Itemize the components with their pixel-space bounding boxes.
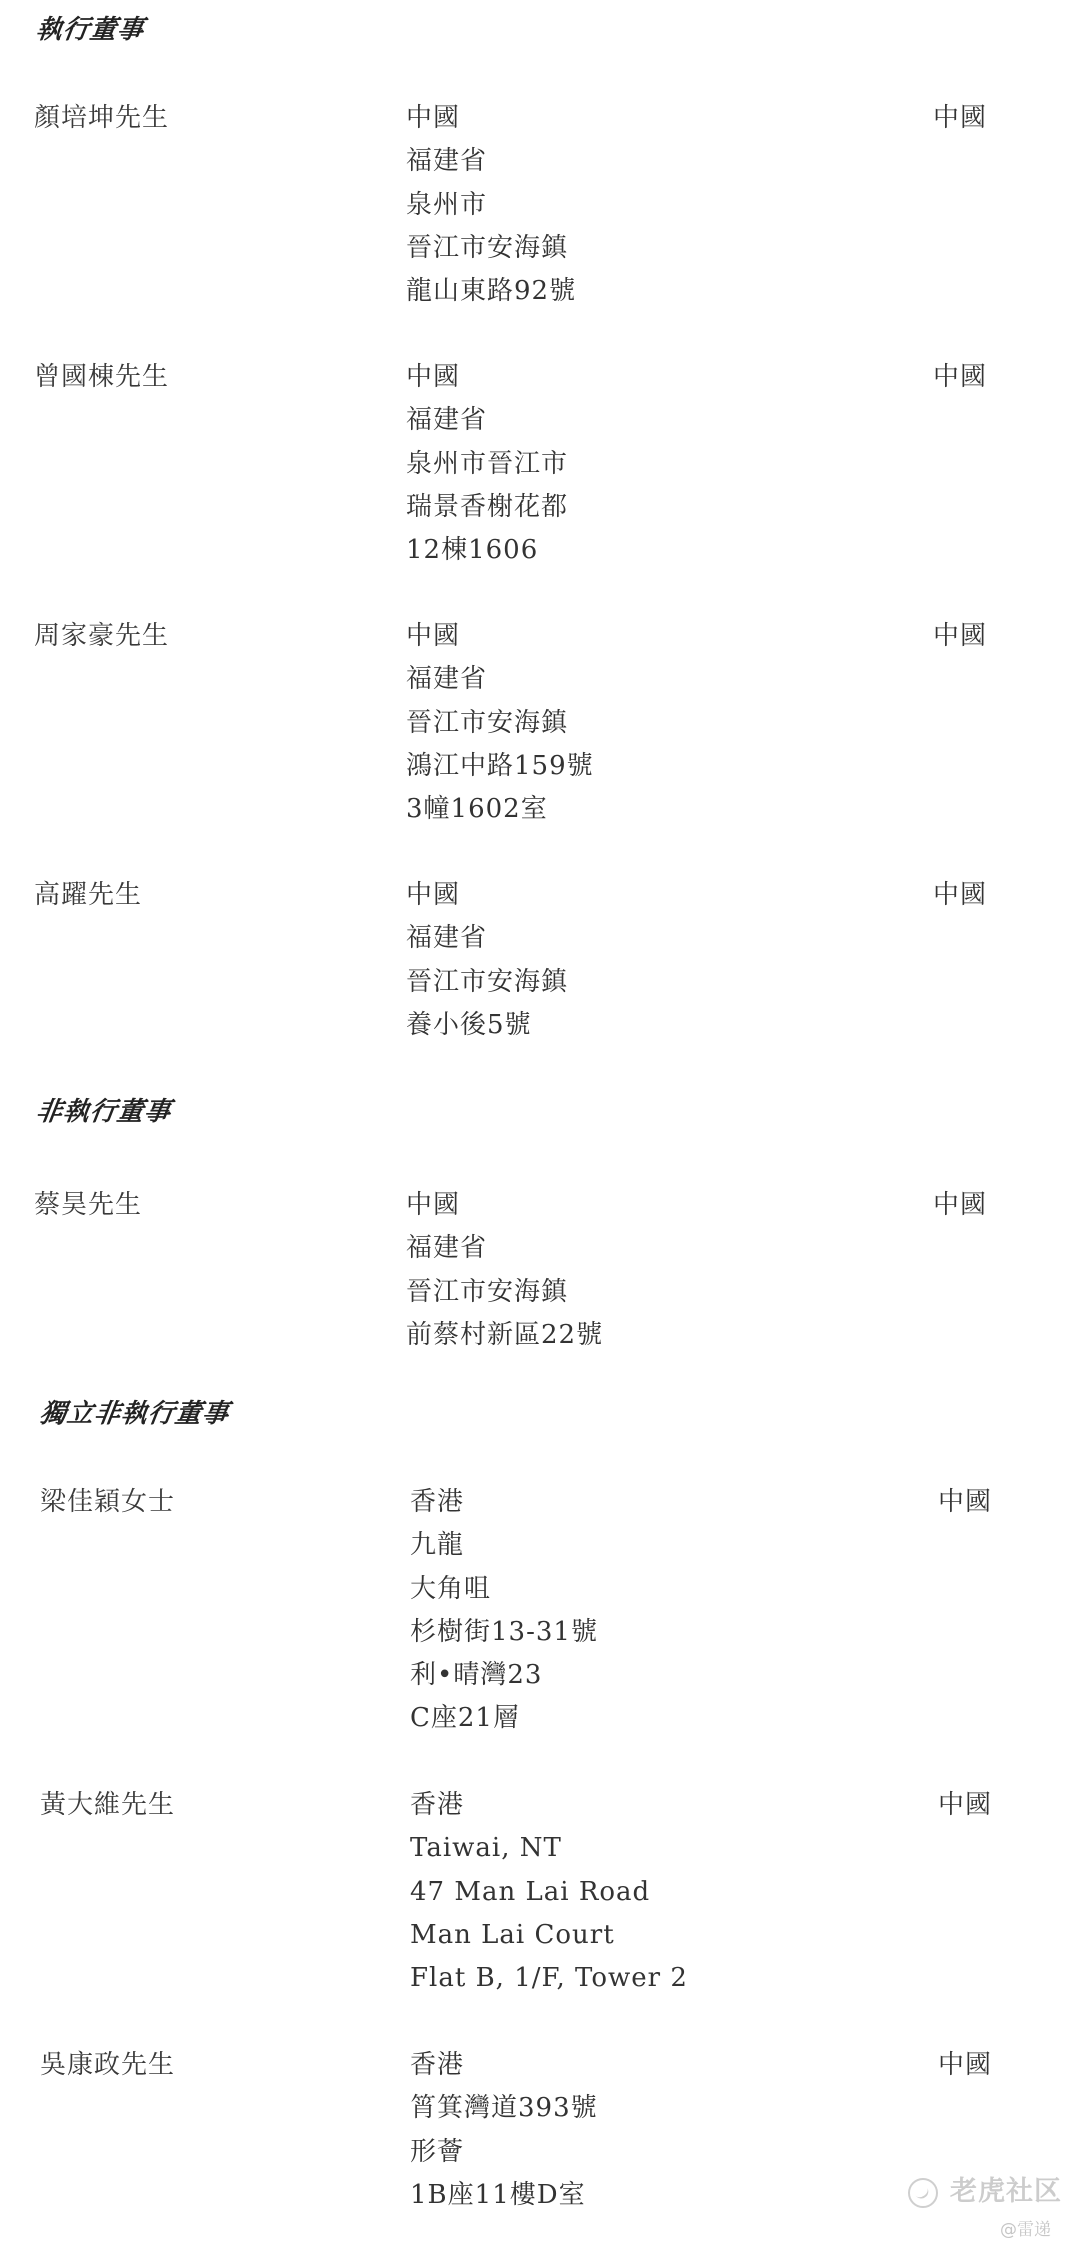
address-line: 杉樹街13-31號 bbox=[410, 1611, 598, 1654]
address-line: 福建省 bbox=[406, 658, 594, 701]
address-line: 晉江市安海鎮 bbox=[406, 1271, 603, 1314]
director-name: 吳康政先生 bbox=[40, 2050, 175, 2080]
director-nationality: 中國 bbox=[938, 2050, 992, 2080]
director-address: 中國 福建省 晉江市安海鎮 鴻江中路159號 3幢1602室 bbox=[406, 615, 594, 831]
address-line: 福建省 bbox=[406, 140, 576, 183]
watermark: 老虎社区 @雷递 bbox=[905, 2172, 1075, 2252]
address-line: 香港 bbox=[410, 2044, 598, 2087]
director-nationality: 中國 bbox=[933, 621, 987, 651]
section-heading-executive-directors: 執行董事 bbox=[34, 15, 146, 45]
address-line: 3幢1602室 bbox=[406, 788, 594, 831]
address-line: C座21層 bbox=[410, 1697, 598, 1740]
director-address: 香港 筲箕灣道393號 形薈 1B座11樓D室 bbox=[410, 2044, 598, 2217]
director-name: 顏培坤先生 bbox=[34, 103, 169, 133]
section-heading-non-executive-directors: 非執行董事 bbox=[34, 1097, 173, 1127]
address-line: Taiwai, NT bbox=[410, 1827, 688, 1870]
address-line: 形薈 bbox=[410, 2131, 598, 2174]
director-nationality: 中國 bbox=[933, 362, 987, 392]
address-line: 12棟1606 bbox=[406, 529, 568, 572]
director-nationality: 中國 bbox=[938, 1487, 992, 1517]
address-line: 泉州市晉江市 bbox=[406, 443, 568, 486]
address-line: 晉江市安海鎮 bbox=[406, 227, 576, 270]
address-line: Flat B, 1/F, Tower 2 bbox=[410, 1957, 688, 2000]
address-line: 瑞景香榭花都 bbox=[406, 486, 568, 529]
director-address: 香港 Taiwai, NT 47 Man Lai Road Man Lai Co… bbox=[410, 1784, 688, 2000]
address-line: 利•晴灣23 bbox=[410, 1654, 598, 1697]
director-address: 中國 福建省 泉州市晉江市 瑞景香榭花都 12棟1606 bbox=[406, 356, 568, 572]
director-name: 黃大維先生 bbox=[40, 1790, 175, 1820]
address-line: 中國 bbox=[406, 874, 568, 917]
director-nationality: 中國 bbox=[933, 880, 987, 910]
director-address: 中國 福建省 泉州市 晉江市安海鎮 龍山東路92號 bbox=[406, 97, 576, 313]
address-line: 福建省 bbox=[406, 399, 568, 442]
director-address: 中國 福建省 晉江市安海鎮 養小後5號 bbox=[406, 874, 568, 1047]
address-line: 九龍 bbox=[410, 1524, 598, 1567]
address-line: 福建省 bbox=[406, 1227, 603, 1270]
director-address: 中國 福建省 晉江市安海鎮 前蔡村新區22號 bbox=[406, 1184, 603, 1357]
address-line: 大角咀 bbox=[410, 1568, 598, 1611]
address-line: 前蔡村新區22號 bbox=[406, 1314, 603, 1357]
address-line: 鴻江中路159號 bbox=[406, 745, 594, 788]
director-name: 周家豪先生 bbox=[34, 621, 169, 651]
watermark-title: 老虎社区 bbox=[950, 2176, 1062, 2208]
address-line: 47 Man Lai Road bbox=[410, 1871, 688, 1914]
section-heading-independent-non-executive-directors: 獨立非執行董事 bbox=[38, 1399, 231, 1429]
address-line: 中國 bbox=[406, 1184, 603, 1227]
director-name: 梁佳穎女士 bbox=[40, 1487, 175, 1517]
address-line: 養小後5號 bbox=[406, 1004, 568, 1047]
director-name: 蔡昊先生 bbox=[34, 1190, 142, 1220]
address-line: 中國 bbox=[406, 615, 594, 658]
address-line: 中國 bbox=[406, 356, 568, 399]
address-line: Man Lai Court bbox=[410, 1914, 688, 1957]
address-line: 1B座11樓D室 bbox=[410, 2174, 598, 2217]
director-nationality: 中國 bbox=[938, 1790, 992, 1820]
director-name: 高躍先生 bbox=[34, 880, 142, 910]
address-line: 福建省 bbox=[406, 917, 568, 960]
address-line: 香港 bbox=[410, 1481, 598, 1524]
director-nationality: 中國 bbox=[933, 103, 987, 133]
address-line: 晉江市安海鎮 bbox=[406, 961, 568, 1004]
address-line: 泉州市 bbox=[406, 184, 576, 227]
director-name: 曾國棟先生 bbox=[34, 362, 169, 392]
director-nationality: 中國 bbox=[933, 1190, 987, 1220]
address-line: 晉江市安海鎮 bbox=[406, 702, 594, 745]
address-line: 中國 bbox=[406, 97, 576, 140]
watermark-subtitle: @雷递 bbox=[1000, 2220, 1051, 2240]
address-line: 筲箕灣道393號 bbox=[410, 2087, 598, 2130]
address-line: 龍山東路92號 bbox=[406, 270, 576, 313]
director-address: 香港 九龍 大角咀 杉樹街13-31號 利•晴灣23 C座21層 bbox=[410, 1481, 598, 1741]
tiger-community-logo-icon bbox=[908, 2178, 938, 2208]
address-line: 香港 bbox=[410, 1784, 688, 1827]
